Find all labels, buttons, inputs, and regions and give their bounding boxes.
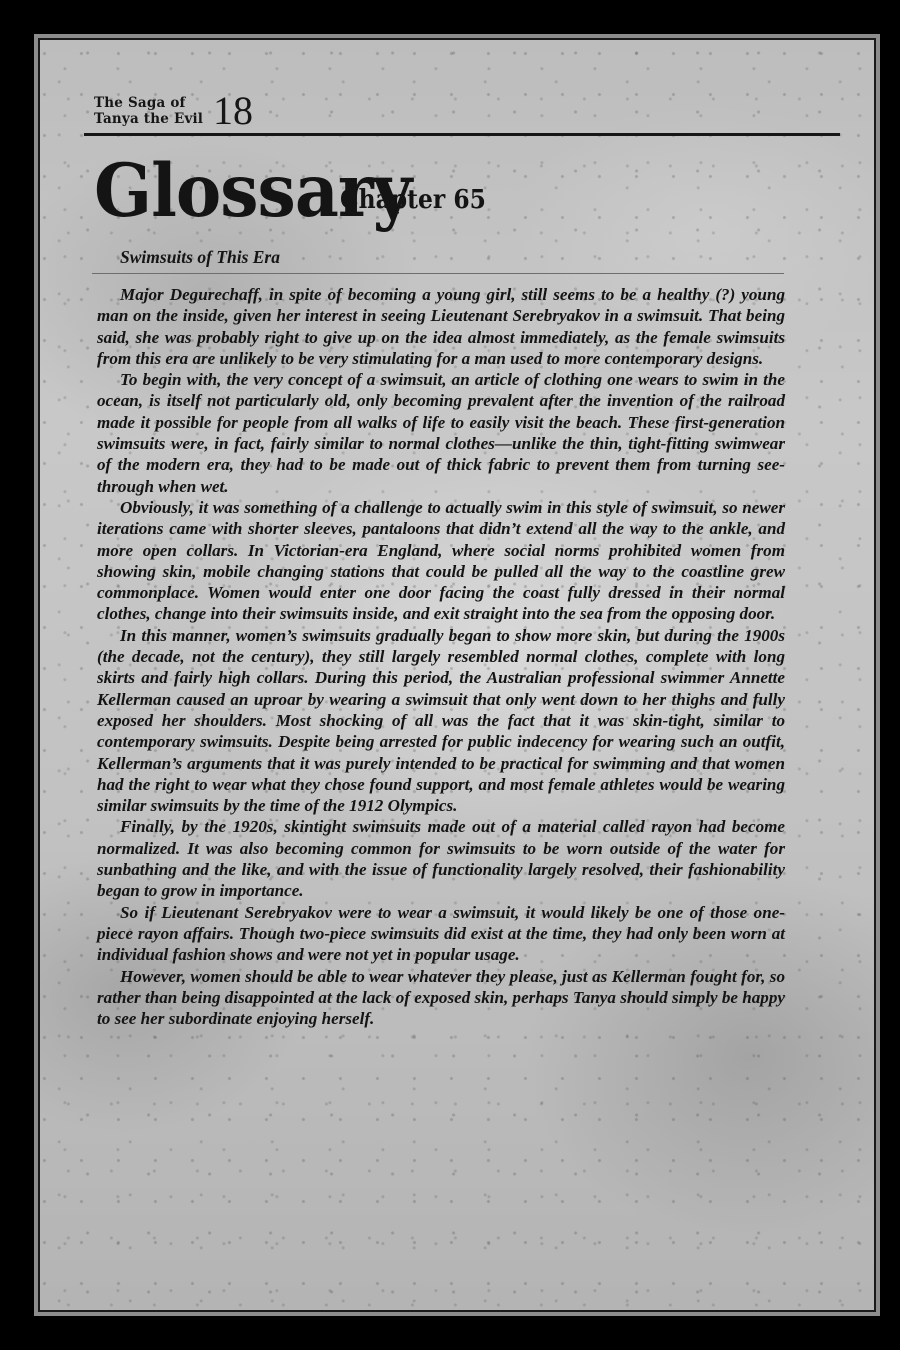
paragraph: However, women should be able to wear wh… — [97, 966, 785, 1030]
paragraph: So if Lieutenant Serebryakov were to wea… — [97, 902, 785, 966]
section-body: Major Degurechaff, in spite of becoming … — [97, 284, 785, 1029]
section-heading: Swimsuits of This Era — [120, 246, 280, 268]
paragraph: Obviously, it was something of a challen… — [97, 497, 785, 625]
series-title-line-2: Tanya the Evil — [94, 111, 203, 127]
paragraph: In this manner, women’s swimsuits gradua… — [97, 625, 785, 817]
paragraph: Major Degurechaff, in spite of becoming … — [97, 284, 785, 369]
running-header: The Saga of Tanya the Evil 18 — [94, 92, 840, 136]
header-rule — [84, 133, 840, 136]
parchment-page: The Saga of Tanya the Evil 18 Glossary C… — [38, 38, 876, 1312]
paragraph: Finally, by the 1920s, skintight swimsui… — [97, 816, 785, 901]
paragraph: To begin with, the very concept of a swi… — [97, 369, 785, 497]
volume-number: 18 — [213, 90, 253, 132]
page-frame: The Saga of Tanya the Evil 18 Glossary C… — [34, 34, 880, 1316]
section-divider — [92, 273, 784, 274]
series-title: The Saga of Tanya the Evil — [94, 95, 203, 127]
chapter-label: Chapter 65 — [340, 185, 486, 215]
series-title-line-1: The Saga of — [94, 95, 203, 111]
